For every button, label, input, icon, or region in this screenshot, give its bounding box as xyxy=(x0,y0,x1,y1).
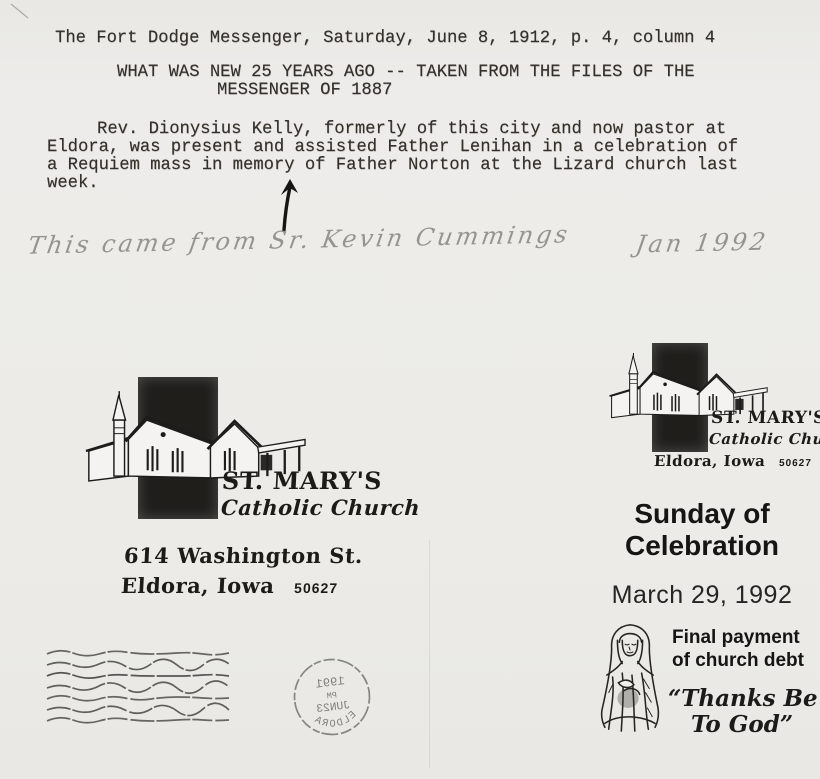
celebration-date: March 29, 1992 xyxy=(597,581,807,610)
scan-artifact-line xyxy=(429,540,430,768)
headline-line-1: WHAT WAS NEW 25 YEARS AGO -- TAKEN FROM … xyxy=(117,64,695,82)
left-logo-address-street: 614 Washington St. xyxy=(123,543,363,568)
payment-note-line2: of church debt xyxy=(672,650,804,672)
right-logo-zip-text: 50627 xyxy=(779,458,812,469)
right-logo-address-city: Eldora, Iowa 50627 xyxy=(654,452,813,470)
postmark-year: 1991 xyxy=(315,674,346,691)
corner-scratch-mark xyxy=(8,2,32,22)
right-logo-name-line1: ST. MARY'S xyxy=(710,408,820,428)
left-logo-address-city: Eldora, Iowa 50627 xyxy=(120,573,339,598)
article-body-line-1: Rev. Dionysius Kelly, formerly of this c… xyxy=(97,121,726,139)
article-body-line-3: a Requiem mass in memory of Father Norto… xyxy=(47,157,738,175)
up-arrow-annotation-icon xyxy=(271,177,305,233)
handwritten-note: This came from Sr. Kevin Cummings xyxy=(26,220,572,259)
quote-line1: “Thanks Be xyxy=(668,685,816,712)
circular-postmark-icon: 1991 PM JUN23 ELDORA xyxy=(282,647,382,747)
left-logo-city-text: Eldora, Iowa xyxy=(120,573,275,598)
cancellation-wavy-lines-icon xyxy=(47,650,247,732)
celebration-title-line2: Celebration xyxy=(597,530,807,562)
article-body-line-4: week. xyxy=(47,175,99,193)
virgin-mary-line-art-icon xyxy=(594,621,666,735)
right-logo-name-line2: Catholic Church xyxy=(709,430,820,448)
quote-line2: To God” xyxy=(668,711,816,738)
celebration-title-line1: Sunday of xyxy=(597,498,807,530)
article-body-line-2: Eldora, was present and assisted Father … xyxy=(47,139,738,157)
payment-note-line1: Final payment xyxy=(672,627,800,649)
scanned-document-page: The Fort Dodge Messenger, Saturday, June… xyxy=(0,0,820,779)
postmark-meridiem: PM xyxy=(326,690,337,701)
left-logo-name-line1: ST. MARY'S xyxy=(221,466,383,495)
left-logo-zip-text: 50627 xyxy=(294,580,339,596)
headline-line-2: MESSENGER OF 1887 xyxy=(217,82,392,100)
left-logo-name-line2: Catholic Church xyxy=(220,495,421,520)
postmark-date: JUN23 xyxy=(316,700,351,716)
handwritten-date: Jan 1992 xyxy=(634,228,770,259)
source-citation-line: The Fort Dodge Messenger, Saturday, June… xyxy=(55,30,715,48)
right-logo-city-text: Eldora, Iowa xyxy=(654,452,766,470)
